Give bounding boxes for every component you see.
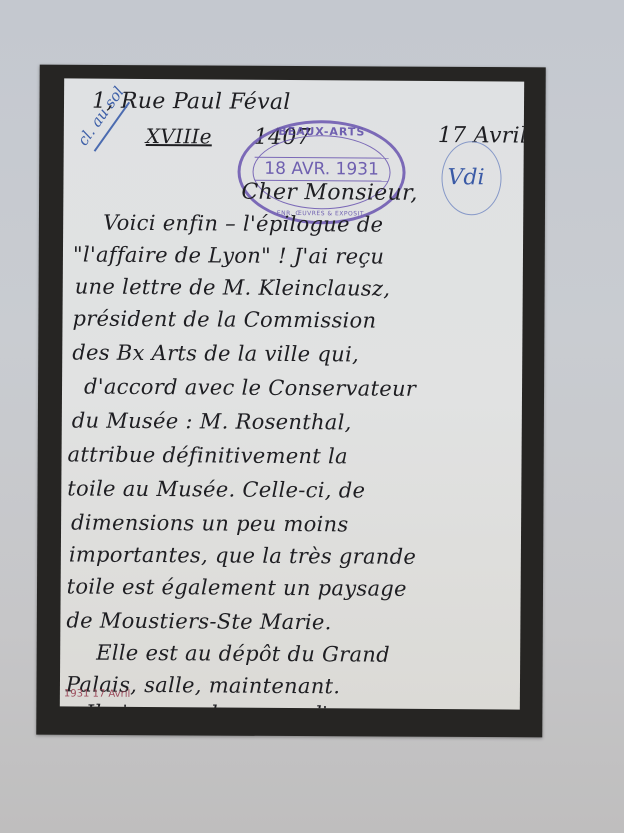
blue-initials: Vdi (447, 165, 484, 190)
body-line: Elle est au dépôt du Grand (96, 641, 390, 667)
beaux-arts-stamp: BEAUX-ARTS 18 AVR. 1931 ENR. ŒUVRES & EX… (237, 120, 406, 225)
body-line: toile au Musée. Celle-ci, de (67, 476, 365, 502)
body-line: président de la Commission (72, 306, 376, 332)
archive-date-annotation: 1931 17 Avril (64, 688, 130, 699)
address-line-2: XVIIIe (146, 124, 212, 148)
body-line: toile est également un paysage (67, 574, 407, 600)
body-line: d'accord avec le Conservateur (84, 375, 416, 401)
body-line: une lettre de M. Kleinclausz, (75, 274, 391, 300)
body-line: de Moustiers-Ste Marie. (66, 608, 331, 634)
salutation: Cher Monsieur, (241, 180, 417, 206)
body-line: des Bx Arts de la ville qui, (72, 340, 359, 366)
body-line: dimensions un peu moins (71, 510, 349, 536)
stamp-top-text: BEAUX-ARTS (241, 125, 403, 139)
letter-paper: 1, Rue Paul Féval XVIIIe 1407 17 Avril 3… (60, 78, 524, 709)
body-line: importantes, que la très grande (69, 542, 416, 568)
body-line: attribue définitivement la (67, 442, 347, 468)
body-line: "l'affaire de Lyon" ! J'ai reçu (73, 242, 385, 268)
body-line: du Musée : M. Rosenthal, (72, 408, 352, 434)
stamp-date: 18 AVR. 1931 (254, 157, 388, 182)
body-line: Voici enfin – l'épilogue de (103, 211, 383, 237)
